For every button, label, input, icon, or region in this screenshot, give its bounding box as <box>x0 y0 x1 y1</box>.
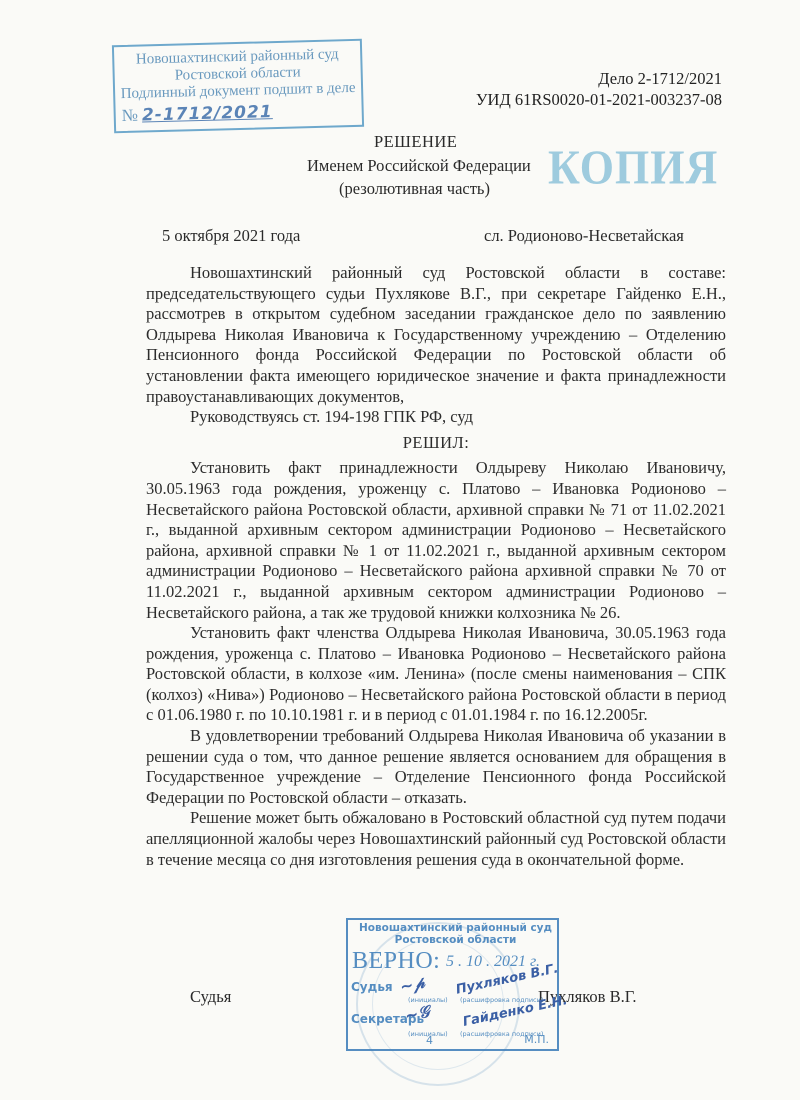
decision-place: сл. Родионово-Несветайская <box>484 226 684 246</box>
ruling-paragraph-1: Установить факт принадлежности Олдыреву … <box>146 458 726 623</box>
handwritten-case-number: 2-1712/2021 <box>142 102 273 125</box>
original-filed-stamp: Новошахтинский районный суд Ростовской о… <box>112 39 364 134</box>
intro-paragraph: Новошахтинский районный суд Ростовской о… <box>146 263 726 407</box>
cert-stamp-verno: ВЕРНО: <box>352 948 440 975</box>
decision-date: 5 октября 2021 года <box>162 226 300 246</box>
seal-number: 4 <box>426 1034 433 1047</box>
certified-copy-stamp: Новошахтинский районный суд Ростовской о… <box>346 918 559 1051</box>
case-info: Дело 2-1712/2021 УИД 61RS0020-01-2021-00… <box>476 68 722 110</box>
document-page: Новошахтинский районный суд Ростовской о… <box>0 0 800 1100</box>
document-subtitle: Именем Российской Федерации <box>307 154 531 177</box>
guided-by-paragraph: Руководствуясь ст. 194-198 ГПК РФ, суд <box>146 407 726 428</box>
cert-stamp-judge-label: Судья <box>351 980 393 994</box>
case-uid: УИД 61RS0020-01-2021-003237-08 <box>476 89 722 110</box>
case-number: Дело 2-1712/2021 <box>476 68 722 89</box>
resolved-heading: РЕШИЛ: <box>146 433 726 454</box>
stamp-case-number: №2-1712/2021 <box>122 103 273 125</box>
decision-body: Новошахтинский районный суд Ростовской о… <box>146 263 726 870</box>
copy-stamp: КОПИЯ <box>548 139 718 195</box>
judge-label: Судья <box>190 987 231 1007</box>
document-title: РЕШЕНИЕ <box>374 130 457 153</box>
ruling-paragraph-4: Решение может быть обжаловано в Ростовск… <box>146 808 726 870</box>
cert-stamp-mp: М.П. <box>524 1033 549 1046</box>
cert-stamp-court: Новошахтинский районный суд Ростовской о… <box>358 922 553 946</box>
number-sign: № <box>121 106 138 125</box>
document-part: (резолютивная часть) <box>339 177 490 200</box>
ruling-paragraph-2: Установить факт членства Олдырева Никола… <box>146 623 726 726</box>
ruling-paragraph-3: В удовлетворении требований Олдырева Ник… <box>146 726 726 808</box>
